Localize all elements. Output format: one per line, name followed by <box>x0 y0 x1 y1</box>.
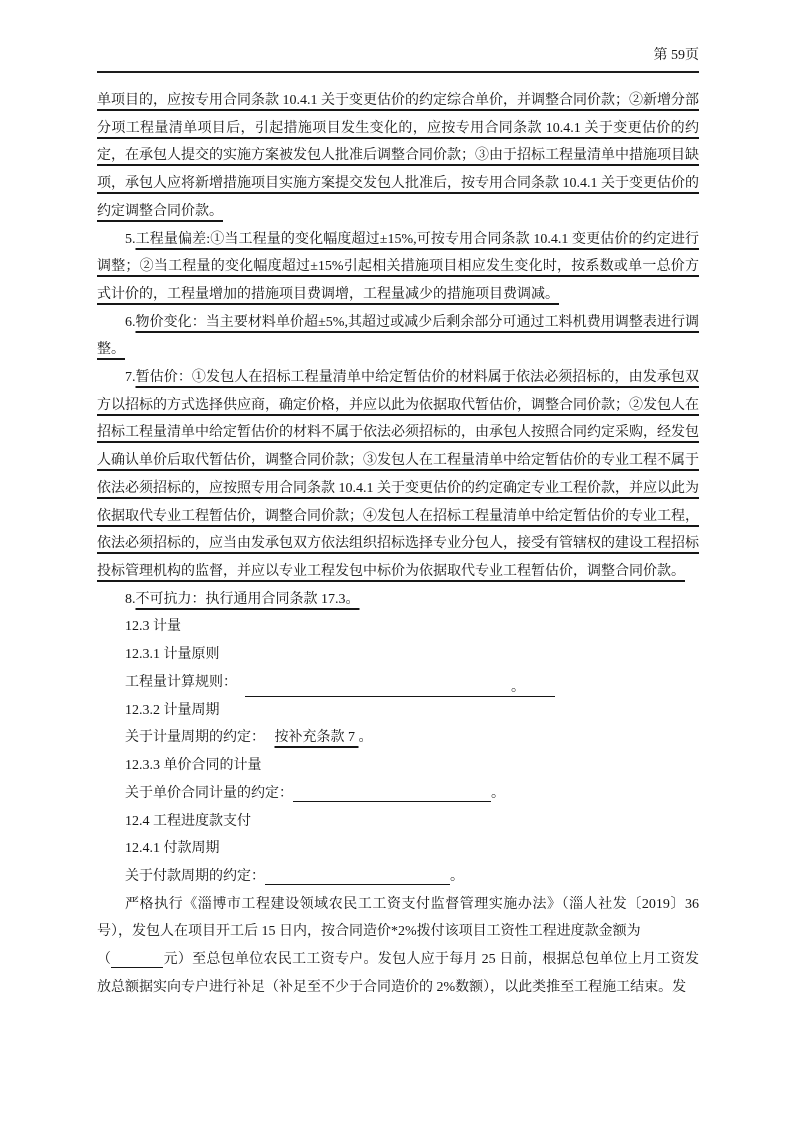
underlined-text: 暂估价：①发包人在招标工程量清单中给定暂估价的材料属于依法必须招标的，由发承包双… <box>97 370 699 579</box>
underlined-text: 物价变化：当主要材料单价超±5%,其超过或减少后剩余部分可通过工料机费用调整表进… <box>97 315 699 358</box>
text-run: 。 <box>491 786 505 801</box>
document-body: 单项目的，应按专用合同条款 10.4.1 关于变更估价的约定综合单价，并调整合同… <box>97 87 699 1002</box>
fill-in-blank <box>265 866 450 885</box>
section-12-3-3: 12.3.3 单价合同的计量 <box>97 752 699 780</box>
text-run: 6. <box>125 315 136 330</box>
text-run: 12.3 计量 <box>125 619 181 634</box>
underlined-text: 工程量偏差:①当工程量的变化幅度超过±15%,可按专用合同条款 10.4.1 变… <box>97 232 699 302</box>
fill-in-blank <box>293 783 491 802</box>
migrant-worker-wage-paragraph: 严格执行《淄博市工程建设领域农民工工资支付监督管理实施办法》（淄人社发〔2019… <box>97 891 699 1002</box>
text-run: 12.4 工程进度款支付 <box>125 814 251 829</box>
page-number: 第 59页 <box>654 48 700 63</box>
underlined-text: 按补充条款 7 <box>275 730 359 745</box>
text-run: 。 <box>359 730 373 745</box>
text-run: 元）至总包单位农民工工资专户。发包人应于每月 25 日前，根据总包单位上月工资发… <box>97 952 699 995</box>
text-run: 8. <box>125 592 136 607</box>
section-12-3: 12.3 计量 <box>97 613 699 641</box>
measurement-rules-line: 工程量计算规则：。 <box>97 669 699 697</box>
clause-4-change-valuation-continuation: 单项目的，应按专用合同条款 10.4.1 关于变更估价的约定综合单价，并调整合同… <box>97 87 699 226</box>
text-run: 严格执行《淄博市工程建设领域农民工工资支付监督管理实施办法》（淄人社发〔2019… <box>97 897 699 940</box>
underlined-text: 不可抗力：执行通用合同条款 17.3。 <box>136 592 360 607</box>
text-run: 12.3.3 单价合同的计量 <box>125 758 262 773</box>
text-run: 12.4.1 付款周期 <box>125 841 220 856</box>
text-run: 12.3.2 计量周期 <box>125 703 220 718</box>
clause-6-price-change: 6.物价变化：当主要材料单价超±5%,其超过或减少后剩余部分可通过工料机费用调整… <box>97 309 699 364</box>
underlined-text: 单项目的，应按专用合同条款 10.4.1 关于变更估价的约定综合单价，并调整合同… <box>97 93 699 219</box>
page-header: 第 59页 <box>97 47 699 73</box>
text-run: 关于付款周期的约定： <box>125 869 265 884</box>
text-run: 12.3.1 计量原则 <box>125 647 220 662</box>
section-12-3-2: 12.3.2 计量周期 <box>97 697 699 725</box>
unit-price-contract-measurement-line: 关于单价合同计量的约定：。 <box>97 780 699 808</box>
measurement-period-line: 关于计量周期的约定： 按补充条款 7 。 <box>97 724 699 752</box>
payment-period-line: 关于付款周期的约定：。 <box>97 863 699 891</box>
clause-5-quantity-deviation: 5.工程量偏差:①当工程量的变化幅度超过±15%,可按专用合同条款 10.4.1… <box>97 226 699 309</box>
fill-in-blank: 。 <box>245 678 555 697</box>
text-run: 。 <box>450 869 464 884</box>
section-12-4: 12.4 工程进度款支付 <box>97 808 699 836</box>
text-run: 关于单价合同计量的约定： <box>125 786 293 801</box>
fill-in-blank <box>111 949 163 968</box>
clause-7-provisional-price: 7.暂估价：①发包人在招标工程量清单中给定暂估价的材料属于依法必须招标的，由发承… <box>97 364 699 586</box>
text-run: 5. <box>125 232 136 247</box>
text-run: （ <box>97 952 111 967</box>
text-run: 7. <box>125 370 136 385</box>
document-page: 第 59页 单项目的，应按专用合同条款 10.4.1 关于变更估价的约定综合单价… <box>0 0 793 1122</box>
text-run: 关于计量周期的约定： <box>125 730 269 745</box>
section-12-3-1: 12.3.1 计量原则 <box>97 641 699 669</box>
text-run: 工程量计算规则： <box>125 675 237 690</box>
clause-8-force-majeure: 8.不可抗力：执行通用合同条款 17.3。 <box>97 586 699 614</box>
section-12-4-1: 12.4.1 付款周期 <box>97 835 699 863</box>
